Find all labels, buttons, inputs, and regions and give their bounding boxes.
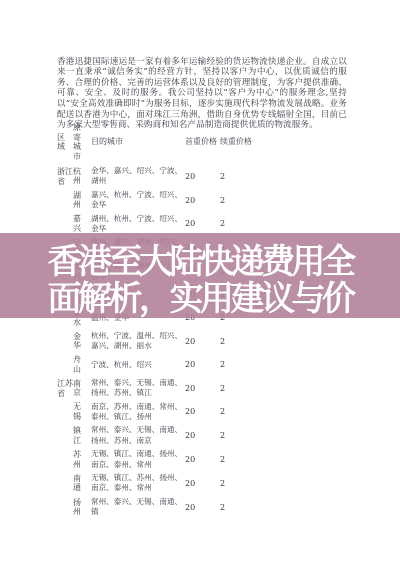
title-overlay: 香港至大陆快递费用全 面解析，实用建议与价 — [0, 233, 400, 318]
additional-weight-price: 2 — [220, 172, 262, 181]
header-destination-city: 目的城市 — [91, 137, 185, 147]
table-row: 南通无锡、镇江、苏州、扬州、南京、泰州、常州202 — [73, 472, 267, 496]
additional-weight-price: 2 — [220, 455, 262, 464]
table-header: 区域 原寄城市 目的城市 首重价格 续重价格 — [57, 123, 267, 161]
region-label: 江苏省 — [57, 376, 73, 519]
origin-city: 杭州 — [73, 167, 81, 186]
origin-city: 湖州 — [73, 191, 81, 210]
header-first-weight-price: 首重价格 — [185, 137, 220, 147]
header-additional-weight-price: 续重价格 — [220, 137, 262, 147]
destination-cities: 常州、泰兴、无锡、南通、扬州、苏州、南京 — [91, 425, 185, 446]
origin-city: 嘉兴 — [73, 214, 81, 233]
destination-cities: 无锡、镇江、南通、扬州、南京、泰州、常州 — [91, 449, 185, 470]
overlay-title-line1: 香港至大陆快递费用全 — [0, 244, 400, 281]
additional-weight-price: 2 — [220, 337, 262, 346]
destination-cities: 无锡、镇江、苏州、扬州、南京、泰州、常州 — [91, 473, 185, 494]
origin-city: 南通 — [73, 474, 81, 493]
first-weight-price: 20 — [185, 431, 220, 440]
destination-cities: 嘉兴、杭州、宁波、绍兴、金华 — [91, 190, 185, 211]
destination-cities: 南京、苏州、南通、常州、泰州、镇江、扬州 — [91, 402, 185, 423]
table-row: 无锡南京、苏州、南通、常州、泰州、镇江、扬州202 — [73, 400, 267, 424]
first-weight-price: 20 — [185, 172, 220, 181]
table-row: 杭州金华、嘉兴、绍兴、宁波、湖州202 — [73, 164, 267, 188]
overlay-title-line2: 面解析，实用建议与价 — [0, 281, 400, 318]
destination-cities: 宁波、杭州、绍兴 — [91, 360, 185, 370]
additional-weight-price: 2 — [220, 479, 262, 488]
destination-cities: 常州、泰兴、无锡、南通、镇 — [91, 497, 185, 518]
first-weight-price: 20 — [185, 503, 220, 512]
additional-weight-price: 2 — [220, 360, 262, 369]
table-row: 苏州无锡、镇江、南通、扬州、南京、泰州、常州202 — [73, 448, 267, 472]
first-weight-price: 20 — [185, 196, 220, 205]
table-row: 南京常州、泰兴、无锡、南通、扬州、苏州、镇江202 — [73, 376, 267, 400]
origin-city: 南京 — [73, 379, 81, 398]
additional-weight-price: 2 — [220, 384, 262, 393]
table-row: 湖州嘉兴、杭州、宁波、绍兴、金华202 — [73, 188, 267, 212]
additional-weight-price: 2 — [220, 503, 262, 512]
first-weight-price: 20 — [185, 337, 220, 346]
additional-weight-price: 2 — [220, 431, 262, 440]
additional-weight-price: 2 — [220, 219, 262, 228]
fee-table-body: 浙江省杭州金华、嘉兴、绍兴、宁波、湖州202湖州嘉兴、杭州、宁波、绍兴、金华20… — [57, 164, 267, 519]
first-weight-price: 20 — [185, 407, 220, 416]
document-page: 香港迅捷国际速运是一家有着多年运输经验的货运物流快递企业。自成立以来一直秉承“诚… — [0, 0, 400, 566]
table-row: 镇江常州、泰兴、无锡、南通、扬州、苏州、南京202 — [73, 424, 267, 448]
first-weight-price: 20 — [185, 479, 220, 488]
destination-cities: 常州、泰兴、无锡、南通、扬州、苏州、镇江 — [91, 378, 185, 399]
destination-cities: 湖州、杭州、宁波、绍兴、金华 — [91, 214, 185, 235]
header-origin-city: 原寄城市 — [73, 123, 81, 161]
origin-city: 无锡 — [73, 402, 81, 421]
destination-cities: 金华、嘉兴、绍兴、宁波、湖州 — [91, 166, 185, 187]
first-weight-price: 20 — [185, 360, 220, 369]
first-weight-price: 20 — [185, 219, 220, 228]
origin-city: 舟山 — [73, 355, 81, 374]
region-group: 江苏省南京常州、泰兴、无锡、南通、扬州、苏州、镇江202无锡南京、苏州、南通、常… — [57, 376, 267, 519]
first-weight-price: 20 — [185, 455, 220, 464]
table-row: 舟山宁波、杭州、绍兴202 — [73, 353, 267, 376]
origin-city: 金华 — [73, 332, 81, 351]
table-row: 金华杭州、宁波、温州、绍兴、嘉兴、湖州、丽水202 — [73, 329, 267, 353]
origin-city: 苏州 — [73, 450, 81, 469]
additional-weight-price: 2 — [220, 196, 262, 205]
additional-weight-price: 2 — [220, 407, 262, 416]
header-region: 区域 — [57, 133, 65, 152]
intro-paragraph: 香港迅捷国际速运是一家有着多年运输经验的货运物流快递企业。自成立以来一直秉承“诚… — [57, 57, 347, 131]
fee-table: 区域 原寄城市 目的城市 首重价格 续重价格 浙江省杭州金华、嘉兴、绍兴、宁波、… — [57, 123, 267, 519]
origin-city: 扬州 — [73, 498, 81, 517]
destination-cities: 杭州、宁波、温州、绍兴、嘉兴、湖州、丽水 — [91, 331, 185, 352]
origin-city: 镇江 — [73, 426, 81, 445]
table-row: 扬州常州、泰兴、无锡、南通、镇202 — [73, 495, 267, 519]
first-weight-price: 20 — [185, 384, 220, 393]
